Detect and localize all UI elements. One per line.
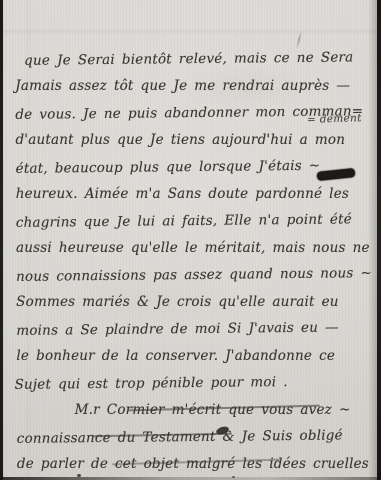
paper-edge-shadow	[368, 0, 377, 480]
letter-body: que Je Serai bientôt relevé, mais ce ne …	[15, 45, 374, 479]
letter-line: nous connaissions pas assez quand nous n…	[16, 260, 373, 291]
letter-line: que Je Serai bientôt relevé, mais ce ne …	[24, 44, 372, 75]
interline-insertion-text: = dement	[307, 112, 362, 126]
scan-edge-left	[0, 0, 3, 480]
letter-line: Jamais assez tôt que Je me rendrai auprè…	[15, 73, 372, 100]
letter-line: de parler de cet objet malgré les idées …	[17, 451, 374, 478]
letter-line: chagrins que Je lui ai faits, Elle n'a p…	[16, 206, 373, 237]
letter-line: moins a Se plaindre de moi Si J'avais eu…	[16, 314, 373, 345]
letter-line-paragraph-start: M.r Cormier m'écrit que vous avez ~	[75, 397, 374, 424]
scan-edge-right	[377, 0, 381, 480]
letter-line: Sommes mariés & Je crois qu'elle aurait …	[16, 289, 373, 316]
letter-line: heureux. Aimée m'a Sans doute pardonné l…	[16, 181, 373, 208]
letter-line: aussi heureuse qu'elle le méritait, mais…	[16, 235, 373, 262]
letter-line: d'autant plus que Je tiens aujourd'hui a…	[15, 127, 372, 154]
letter-scan-page: que Je Serai bientôt relevé, mais ce ne …	[0, 0, 381, 480]
letter-line: connaissance du Testament & Je Suis obli…	[17, 422, 374, 453]
letter-line: Sujet qui est trop pénible pour moi .	[14, 368, 373, 399]
letter-line: le bonheur de la conserver. J'abandonne …	[16, 343, 373, 370]
